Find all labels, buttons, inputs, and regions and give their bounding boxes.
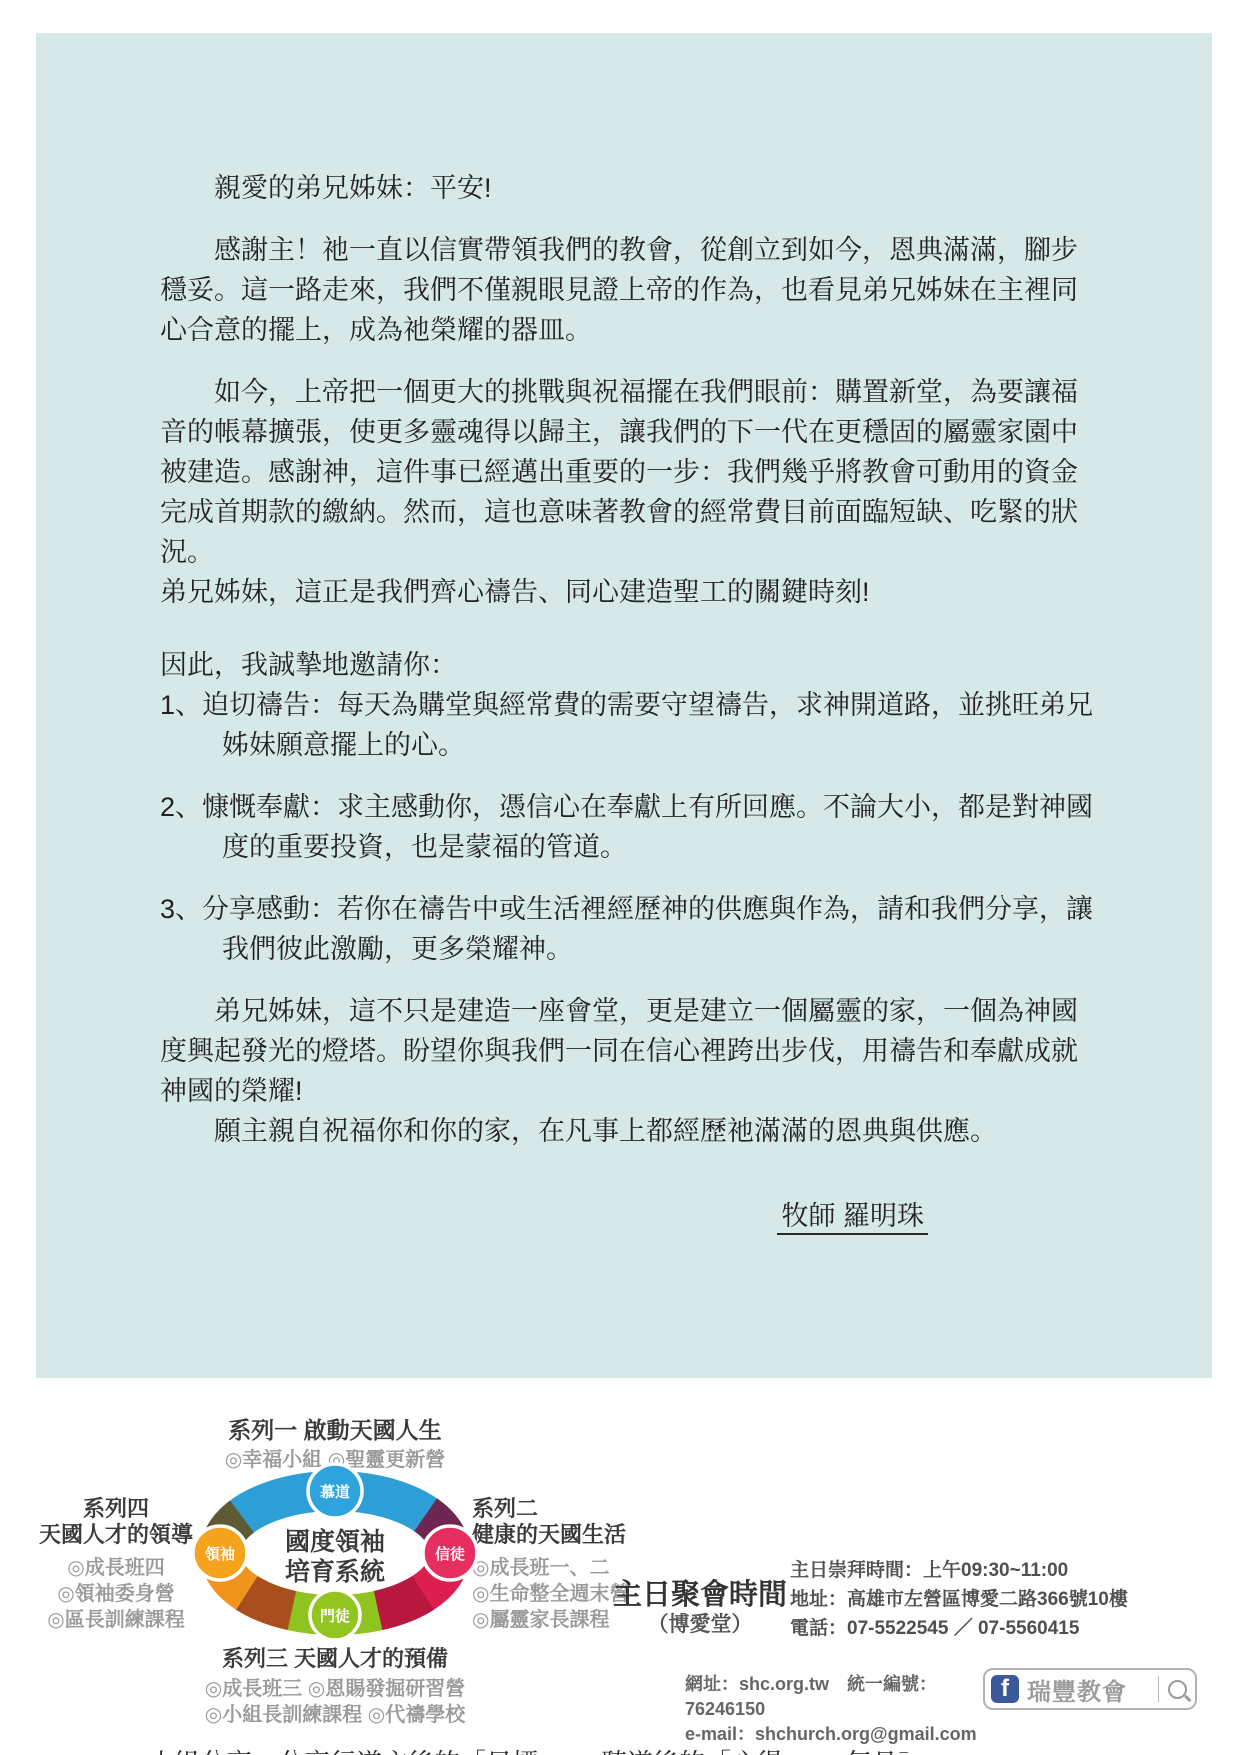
letter-list-item-2: 2、慷慨奉獻：求主感動你，憑信心在奉獻上有所回應。不論大小，都是對神國度的重要投… (160, 787, 1095, 867)
series4-title: 系列四 (24, 1496, 208, 1522)
letter-salutation: 親愛的弟兄姊妹：平安! (160, 168, 1095, 208)
diagram-center-title-line2: 培育系統 (285, 1557, 385, 1586)
series4-item: ◎成長班四 (24, 1555, 208, 1581)
letter-background-panel: 親愛的弟兄姊妹：平安! 感謝主！祂一直以信實帶領我們的教會，從創立到如今，恩典滿… (36, 33, 1212, 1378)
letter-blessing-line: 願主親自祝福你和你的家，在凡事上都經歷祂滿滿的恩典與供應。 (160, 1111, 1095, 1151)
cycle-ring-graphic: 慕道 信徒 門徒 領袖 國度領袖 培育系統 (185, 1458, 485, 1648)
ring-joint-brown (247, 1593, 292, 1611)
diagram-center-title-line1: 國度領袖 (285, 1527, 385, 1556)
node-label-believer: 信徒 (435, 1545, 465, 1563)
search-icon (1168, 1680, 1187, 1699)
pastor-signature: 牧師 羅明珠 (777, 1201, 928, 1235)
series2-subtitle: 健康的天國生活 (472, 1522, 692, 1548)
node-label-seeker: 慕道 (320, 1483, 350, 1501)
letter-paragraph-challenge: 如今，上帝把一個更大的挑戰與祝福擺在我們眼前：購置新堂，為要讓福音的帳幕擴張，使… (160, 372, 1095, 572)
clipped-footer-text: 小組分享：分享行道文後的「目標」──聽道後的「心得」──每月再接的「感動」 (148, 1743, 908, 1755)
letter-paragraph-thanks: 感謝主！祂一直以信實帶領我們的教會，從創立到如今，恩典滿滿，腳步穩妥。這一路走來… (160, 230, 1095, 350)
badge-divider (1158, 1676, 1159, 1702)
contact-info-block: 主日崇拜時間：上午09:30~11:00 地址：高雄市左營區博愛二路366號10… (790, 1556, 1210, 1643)
letter-invite-intro: 因此，我誠摯地邀請你： (160, 645, 1095, 685)
series4-block: 系列四 天國人才的領導 ◎成長班四 ◎領袖委身營 ◎區長訓練課程 (24, 1496, 208, 1633)
website-line: 網址：shc.org.tw 統一編號：76246150 (685, 1672, 985, 1722)
series1-title: 系列一 啟動天國人生 (135, 1412, 535, 1445)
letter-list-item-1: 1、迫切禱告：每天為購堂與經常費的需要守望禱告，求神開道路，並挑旺弟兄姊妹願意擺… (160, 685, 1095, 765)
service-hall-name: （博愛堂） (605, 1608, 795, 1638)
scanned-church-letter-page: { "letter": { "salutation": "親愛的弟兄姊妹：平安!… (0, 0, 1241, 1755)
series3-title: 系列三 天國人才的預備 (135, 1642, 535, 1673)
facebook-page-name: 瑞豐教會 (1027, 1672, 1156, 1707)
series4-subtitle: 天國人才的領導 (24, 1522, 208, 1548)
node-label-disciple: 門徒 (320, 1607, 350, 1625)
series4-item: ◎領袖委身營 (24, 1581, 208, 1607)
worship-time-line: 主日崇拜時間：上午09:30~11:00 (790, 1556, 1210, 1585)
node-label-leader: 領袖 (205, 1545, 235, 1563)
series3-items-line1: ◎成長班三 ◎恩賜發掘研習營 (135, 1672, 535, 1701)
series4-items: ◎成長班四 ◎領袖委身營 ◎區長訓練課程 (24, 1555, 208, 1633)
facebook-icon: f (991, 1675, 1019, 1703)
letter-body: 親愛的弟兄姊妹：平安! 感謝主！祂一直以信實帶領我們的教會，從創立到如今，恩典滿… (36, 33, 1212, 1236)
letter-paragraph-vision: 弟兄姊妹，這不只是建造一座會堂，更是建立一個屬靈的家，一個為神國度興起發光的燈塔… (160, 991, 1095, 1111)
service-time-heading: 主日聚會時間 (605, 1572, 795, 1613)
leadership-cycle-diagram: 慕道 信徒 門徒 領袖 國度領袖 培育系統 (185, 1458, 485, 1648)
letter-list-item-3: 3、分享感動：若你在禱告中或生活裡經歷神的供應與作為，請和我們分享，讓我們彼此激… (160, 889, 1095, 969)
series4-item: ◎區長訓練課程 (24, 1607, 208, 1633)
series3-items-line2: ◎小組長訓練課程 ◎代禱學校 (135, 1698, 535, 1727)
ring-joint-darkred (378, 1593, 423, 1611)
letter-signature-row: 牧師 羅明珠 (160, 1196, 1095, 1236)
letter-key-moment-line: 弟兄姊妹，這正是我們齊心禱告、同心建造聖工的關鍵時刻! (160, 572, 1095, 612)
phone-line: 電話：07-5522545 ／ 07-5560415 (790, 1614, 1210, 1643)
web-info-block: 網址：shc.org.tw 統一編號：76246150 e-mail：shchu… (685, 1672, 985, 1747)
address-line: 地址：高雄市左營區博愛二路366號10樓 (790, 1585, 1210, 1614)
series2-title: 系列二 (472, 1496, 692, 1522)
facebook-search-badge: f 瑞豐教會 (983, 1668, 1197, 1710)
